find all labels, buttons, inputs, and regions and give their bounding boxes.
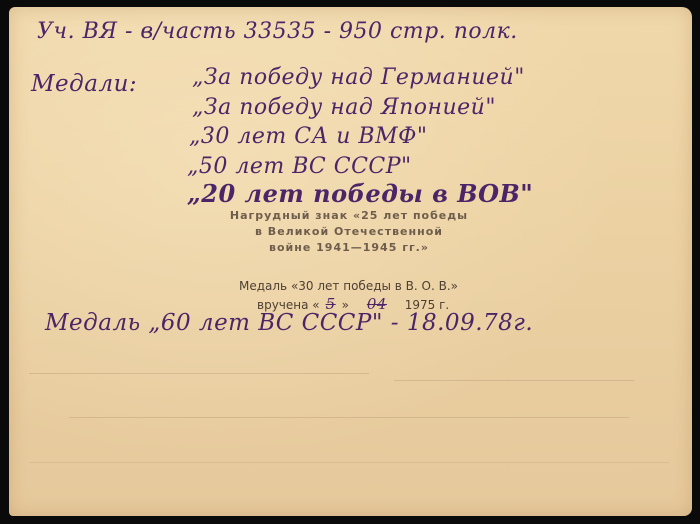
medal-entry: „30 лет СА и ВМФ" [189, 124, 428, 149]
medals-label: Медали: [31, 71, 137, 97]
footer-medal-line: Медаль „60 лет ВС СССР" - 18.09.78г. [45, 310, 533, 336]
printed-medal-line-1: Медаль «30 лет победы в В. О. В.» [239, 279, 458, 293]
medal-entry: „За победу над Германией" [192, 65, 525, 90]
unit-header-line: Уч. ВЯ - в/часть 33535 - 950 стр. полк. [37, 19, 518, 44]
medal-entry: „50 лет ВС СССР" [187, 154, 412, 179]
printed-badge-line-2: в Великой Отечественной [219, 225, 479, 238]
printed-badge-line-3: войне 1941—1945 гг.» [219, 241, 479, 254]
medal-entry: „За победу над Японией" [192, 95, 496, 120]
ruled-line [29, 373, 369, 374]
ruled-line [29, 462, 669, 463]
medal-entry: „20 лет победы в ВОВ" [187, 179, 533, 208]
ruled-line [394, 380, 634, 381]
ruled-line [69, 417, 629, 418]
award-card: Уч. ВЯ - в/часть 33535 - 950 стр. полк. … [9, 7, 692, 516]
printed-badge-line-1: Нагрудный знак «25 лет победы [219, 209, 479, 222]
